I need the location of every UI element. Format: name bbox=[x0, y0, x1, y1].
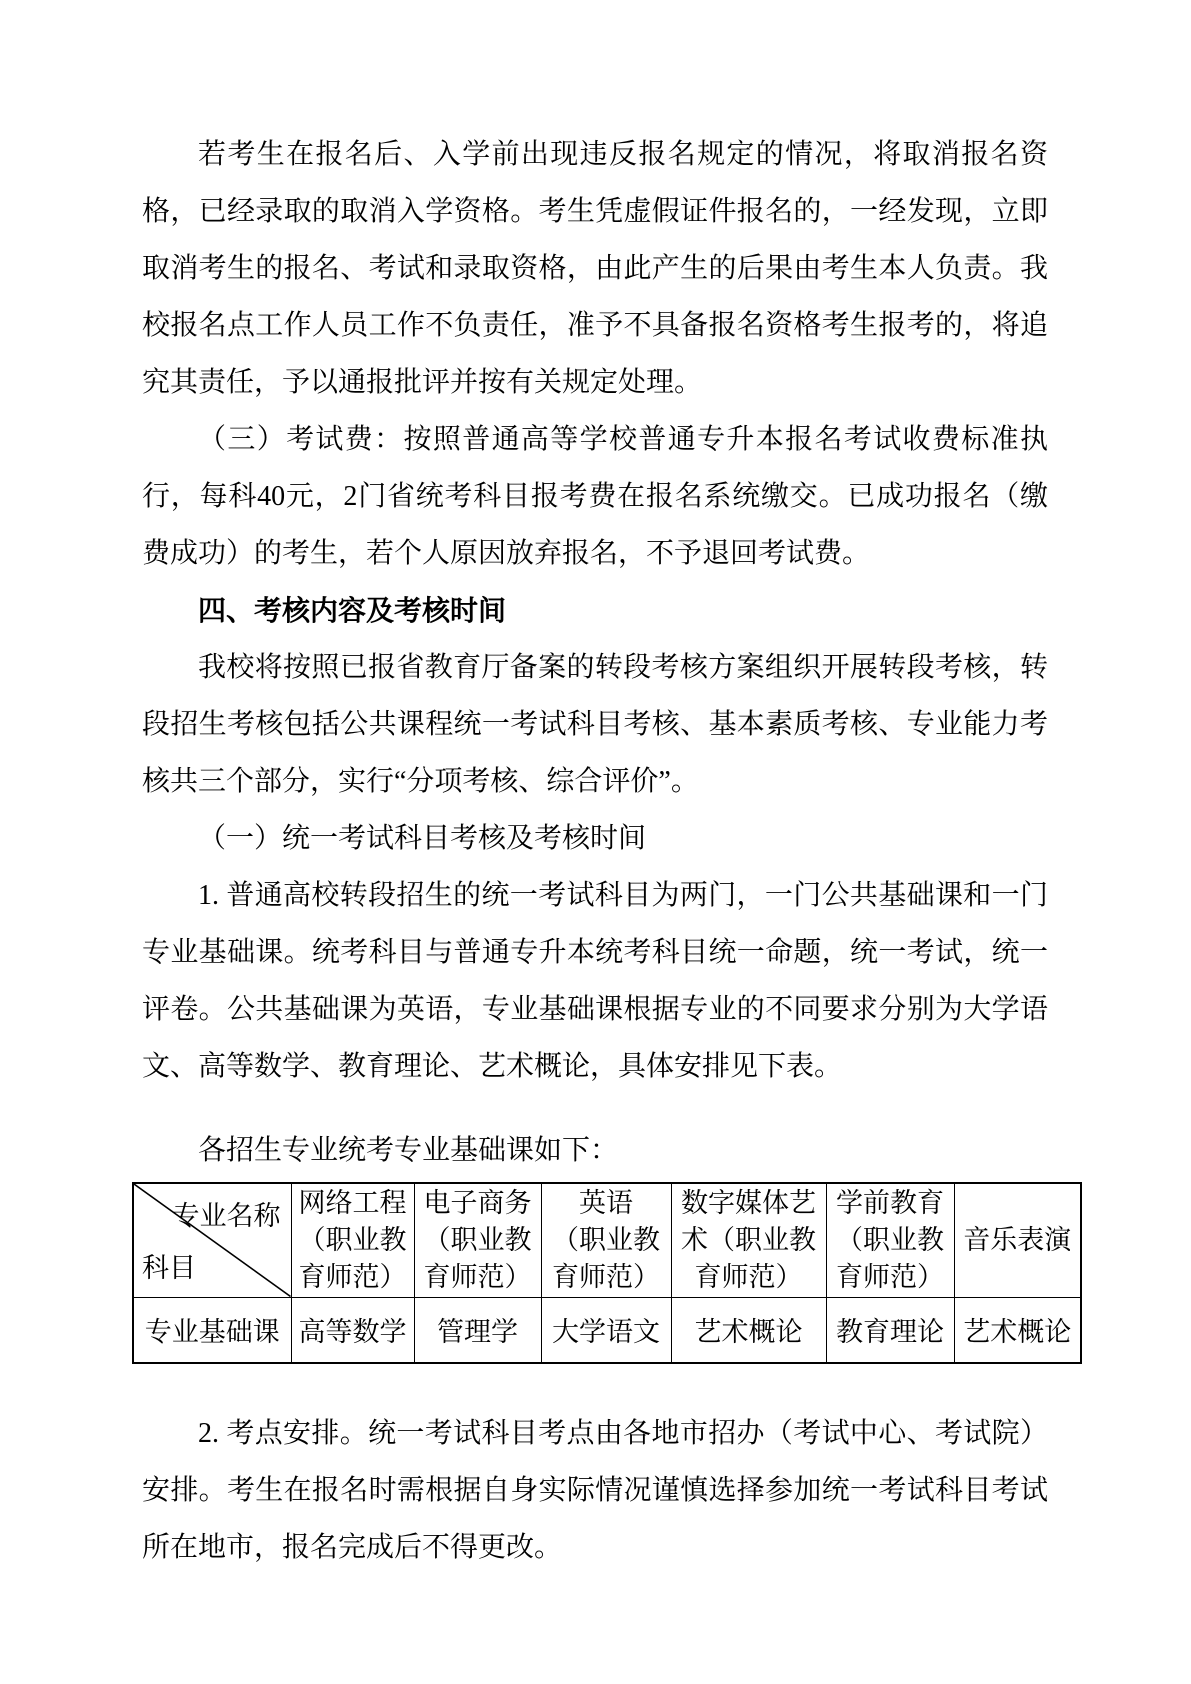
header-cell-music-performance: 音乐表演 bbox=[954, 1183, 1081, 1297]
corner-label-subject: 科目 bbox=[142, 1246, 196, 1285]
table-header-row: 专业名称 科目 网络工程（职业教育师范） 电子商务（职业教育师范） 英语 （职业… bbox=[133, 1183, 1081, 1297]
table-data-row: 专业基础课 高等数学 管理学 大学语文 艺术概论 教育理论 艺术概论 bbox=[133, 1297, 1081, 1363]
data-cell-education-theory: 教育理论 bbox=[826, 1297, 954, 1363]
data-cell-management: 管理学 bbox=[414, 1297, 541, 1363]
data-cell-higher-mathematics: 高等数学 bbox=[291, 1297, 414, 1363]
header-cell-digital-media-art: 数字媒体艺术（职业教育师范） bbox=[671, 1183, 826, 1297]
corner-label-major-name: 专业名称 bbox=[173, 1194, 281, 1233]
paragraph-exam-location: 2. 考点安排。统一考试科目考点由各地市招办（考试中心、考试院）安排。考生在报名… bbox=[142, 1405, 1048, 1576]
header-cell-network-engineering: 网络工程（职业教育师范） bbox=[291, 1183, 414, 1297]
subsection-heading: （一）统一考试科目考核及考核时间 bbox=[142, 810, 1048, 867]
corner-cell: 专业名称 科目 bbox=[133, 1183, 291, 1297]
paragraph-assessment-overview: 我校将按照已报省教育厅备案的转段考核方案组织开展转段考核，转段招生考核包括公共课… bbox=[142, 639, 1048, 810]
data-cell-art-theory-2: 艺术概论 bbox=[954, 1297, 1081, 1363]
header-cell-english: 英语 （职业教育师范） bbox=[541, 1183, 671, 1297]
header-cell-ecommerce: 电子商务（职业教育师范） bbox=[414, 1183, 541, 1297]
paragraph-exam-fee: （三）考试费：按照普通高等学校普通专升本报名考试收费标准执行，每科40元，2门省… bbox=[142, 411, 1048, 582]
paragraph-registration-violation: 若考生在报名后、入学前出现违反报名规定的情况，将取消报名资格，已经录取的取消入学… bbox=[142, 126, 1048, 411]
page-content: 若考生在报名后、入学前出现违反报名规定的情况，将取消报名资格，已经录取的取消入学… bbox=[0, 0, 1191, 1576]
data-cell-college-chinese: 大学语文 bbox=[541, 1297, 671, 1363]
data-cell-art-theory-1: 艺术概论 bbox=[671, 1297, 826, 1363]
row-label-cell: 专业基础课 bbox=[133, 1297, 291, 1363]
header-cell-preschool-education: 学前教育（职业教育师范） bbox=[826, 1183, 954, 1297]
document-page: 若考生在报名后、入学前出现违反报名规定的情况，将取消报名资格，已经录取的取消入学… bbox=[0, 0, 1191, 1684]
paragraph-unified-exam: 1. 普通高校转段招生的统一考试科目为两门，一门公共基础课和一门专业基础课。统考… bbox=[142, 867, 1048, 1095]
table-caption: 各招生专业统考专业基础课如下： bbox=[142, 1122, 1048, 1179]
subjects-table: 专业名称 科目 网络工程（职业教育师范） 电子商务（职业教育师范） 英语 （职业… bbox=[132, 1182, 1082, 1364]
section-heading: 四、考核内容及考核时间 bbox=[142, 582, 1048, 639]
